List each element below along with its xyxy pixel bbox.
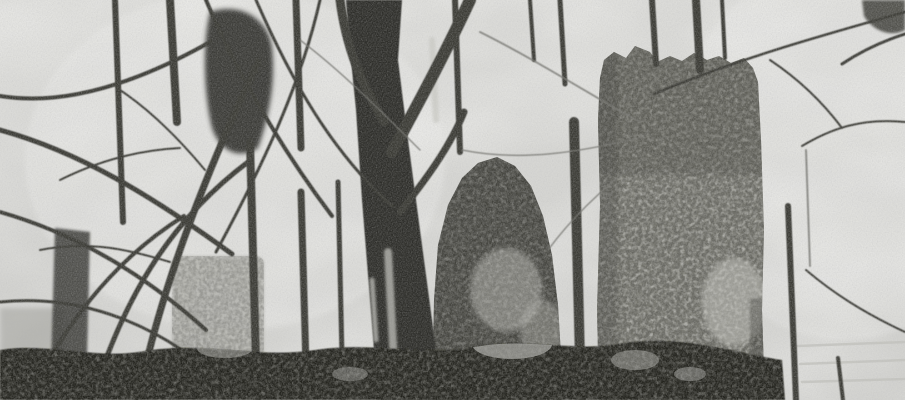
photo-canvas <box>0 0 905 400</box>
film-grain <box>0 0 905 400</box>
photograph <box>0 0 905 400</box>
